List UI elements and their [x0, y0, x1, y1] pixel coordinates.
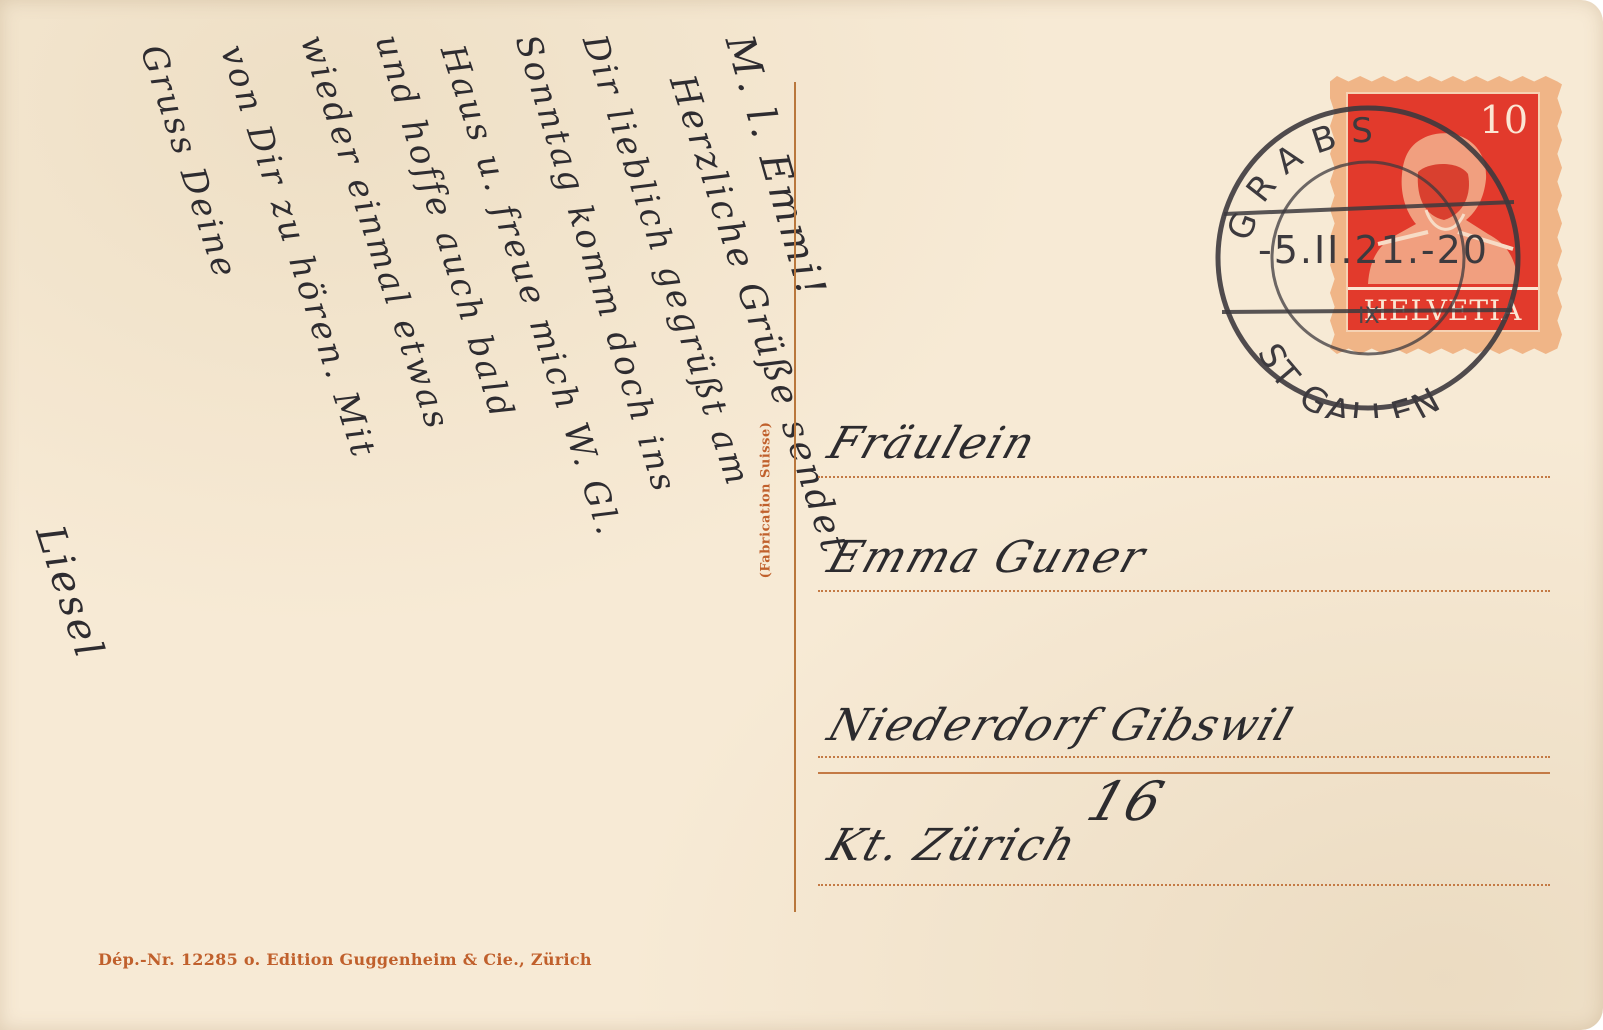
postmark-date: -5.II.21.-20: [1258, 228, 1489, 272]
address-line-3: Niederdorf Gibswil: [822, 700, 1300, 751]
postmark-hour: IX: [1358, 304, 1380, 329]
postmark-town: GRABS: [1220, 110, 1388, 245]
postcard: M. l. Emmi! Herzliche Grüße sendet Dir l…: [0, 0, 1603, 1030]
address-line-4: Kt. Zürich: [822, 820, 1084, 871]
message-signature: Liesel: [26, 520, 112, 665]
svg-text:ST GALLEN: ST GALLEN: [1249, 337, 1450, 418]
fabrication-label: (Fabrication Suisse): [759, 422, 774, 579]
address-rule: [818, 590, 1550, 592]
publisher-line: Dép.-Nr. 12285 o. Edition Guggenheim & C…: [98, 950, 592, 969]
address-rule: [818, 476, 1550, 478]
address-line-1: Fräulein: [822, 418, 1043, 469]
postmark-canton: ST GALLEN: [1249, 337, 1450, 418]
address-rule: [818, 772, 1550, 774]
card-divider: [794, 82, 796, 912]
address-rule: [818, 884, 1550, 886]
house-number: 16: [1080, 770, 1173, 833]
address-rule: [818, 756, 1550, 758]
svg-text:GRABS: GRABS: [1220, 110, 1388, 245]
address-line-2: Emma Guner: [822, 532, 1153, 583]
